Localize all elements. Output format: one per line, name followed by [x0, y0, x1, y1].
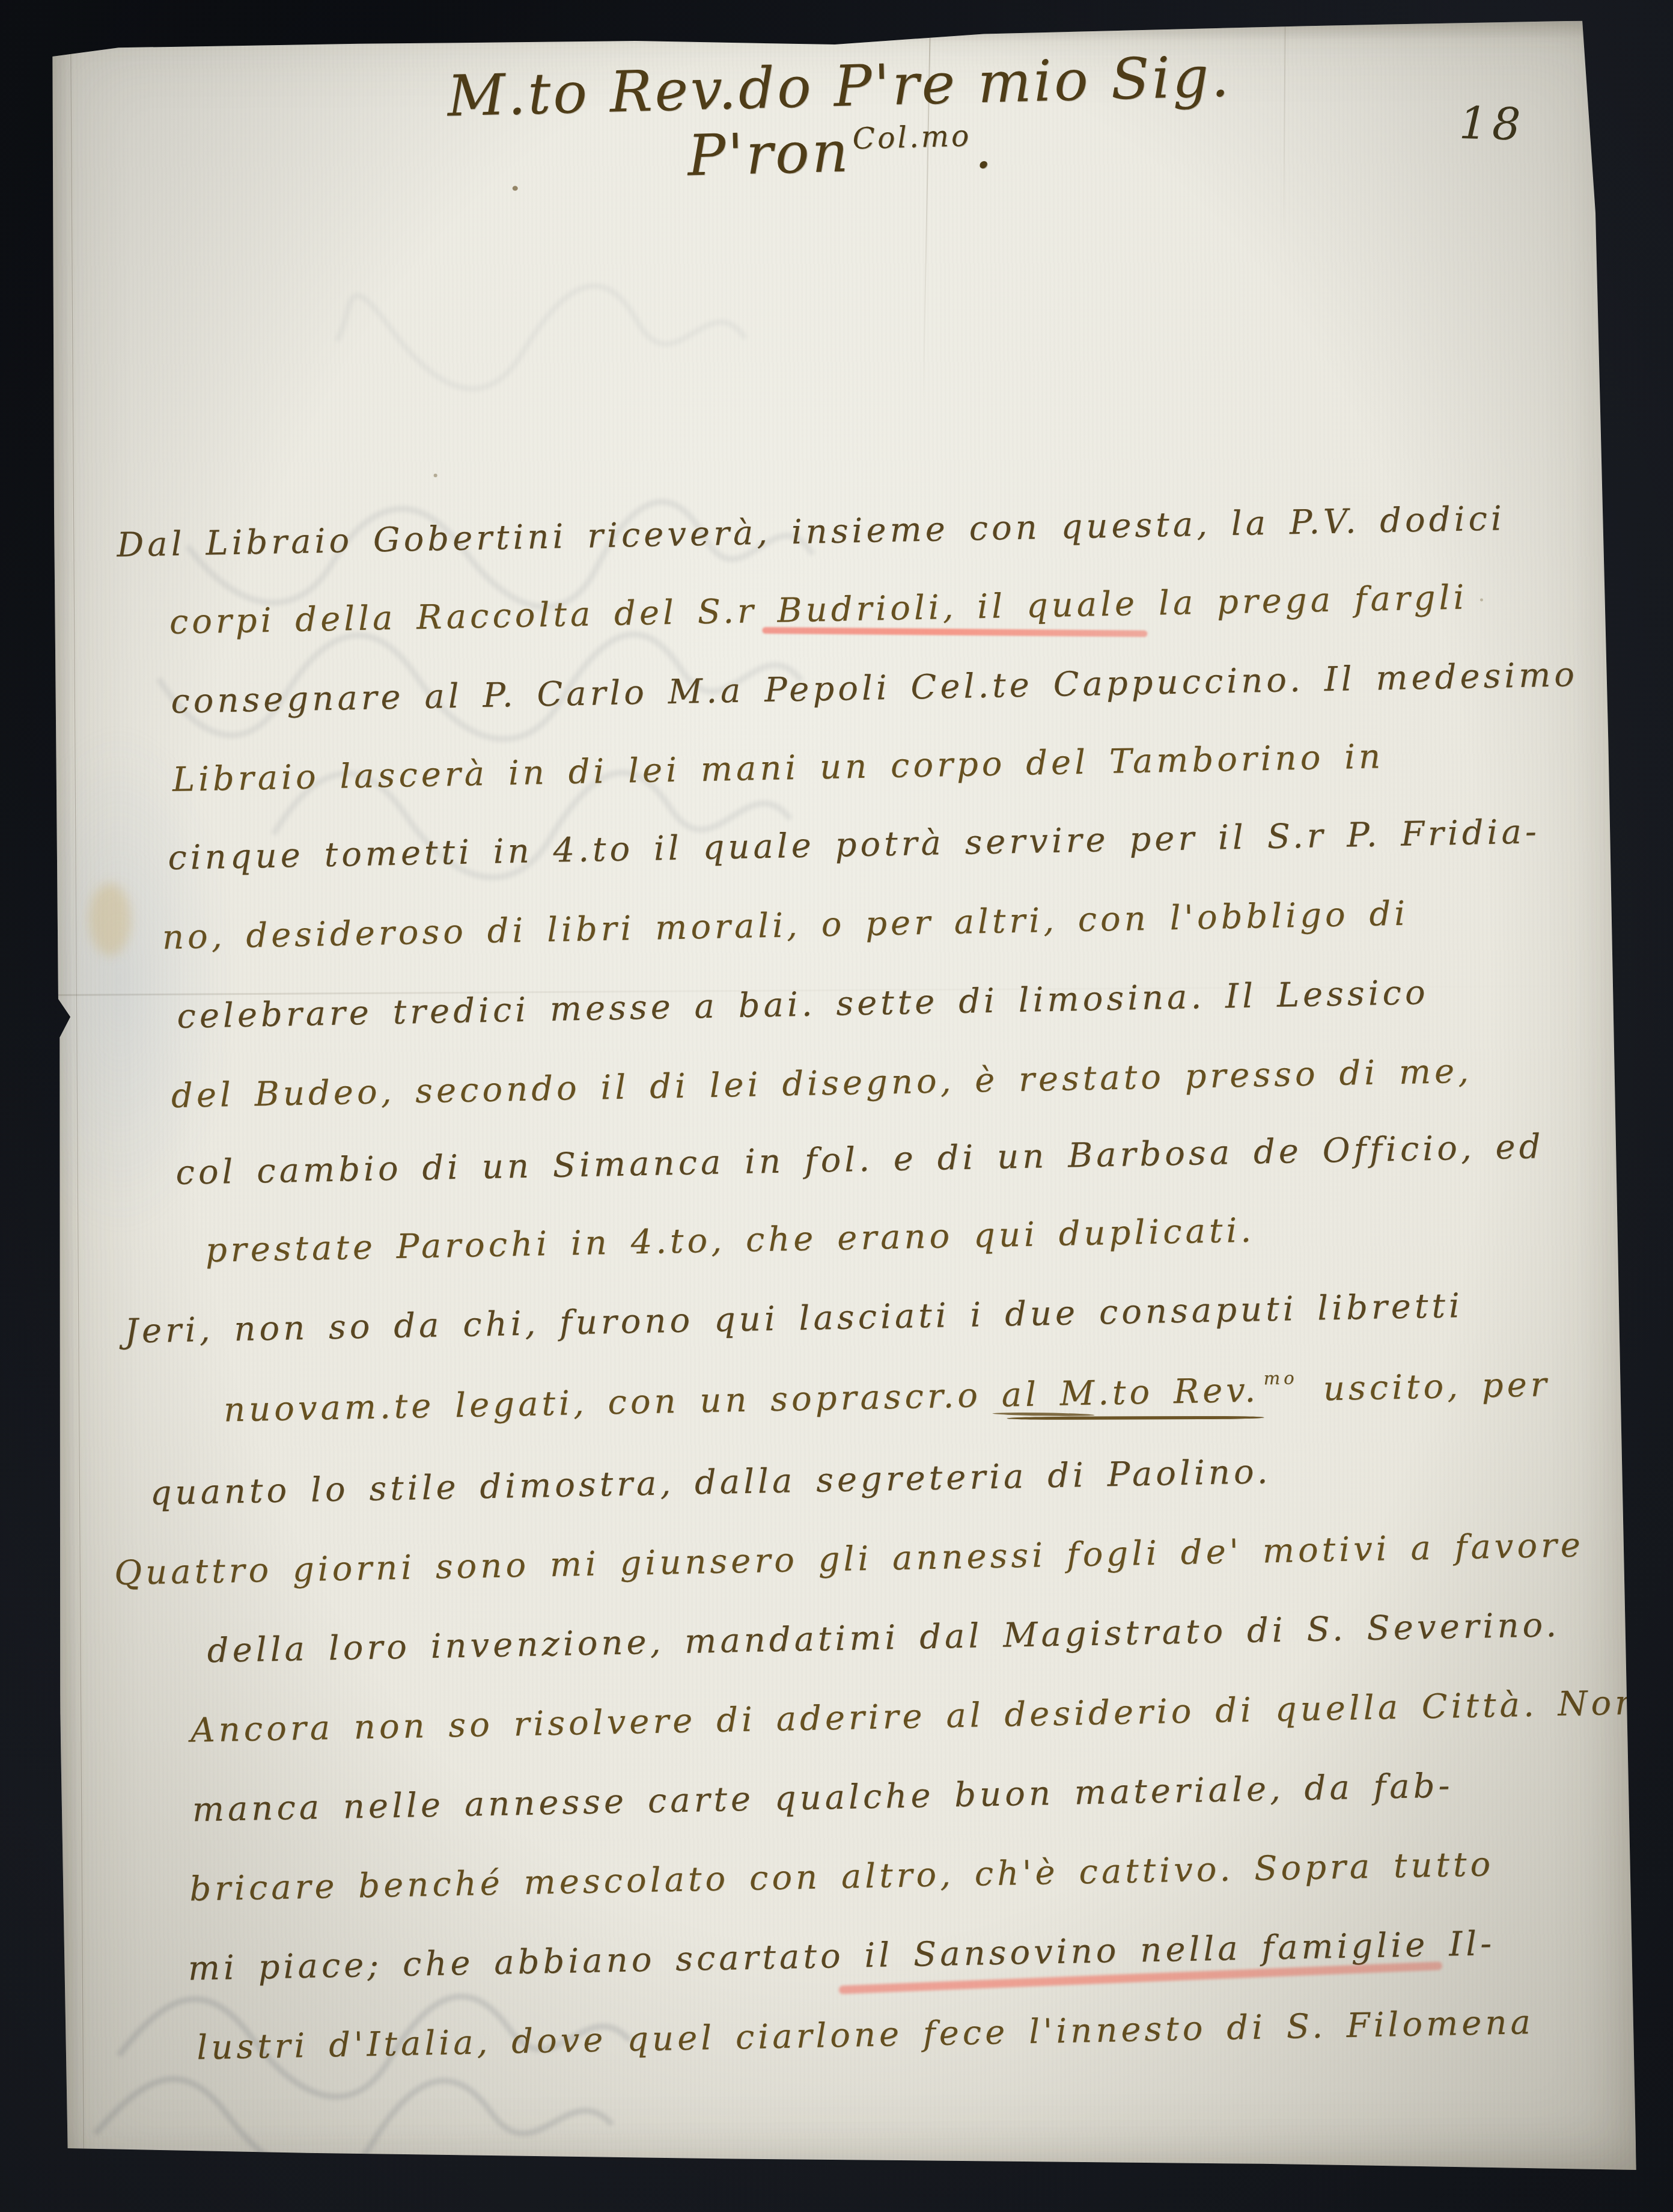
text-segment: Jeri, non so da chi, furono qui lasciati…	[124, 1286, 1463, 1351]
letter-line: quanto lo stile dimostra, dalla segreter…	[150, 1455, 1272, 1511]
text-segment: Quattro giorni sono mi giunsero gli anne…	[114, 1526, 1585, 1593]
letter-line: della loro invenzione, mandatimi dal Mag…	[207, 1609, 1560, 1668]
text-segment: la prega fargli	[1138, 578, 1468, 624]
letter-line: mi piace; che abbiano scartato il Sansov…	[187, 1927, 1495, 1986]
text-segment: manca nelle annesse carte qualche buon m…	[192, 1766, 1454, 1829]
text-segment: corpi della Raccolta del S.r	[169, 591, 778, 642]
letter-line: del Budeo, secondo il di lei disegno, è …	[171, 1055, 1472, 1114]
text-segment: mo	[1263, 1368, 1298, 1389]
letter-line: cinque tometti in 4.to il quale potrà se…	[168, 815, 1540, 875]
text-segment: col cambio di un Simanca in fol. e di un…	[175, 1127, 1544, 1193]
letter-line: Jeri, non so da chi, furono qui lasciati…	[124, 1289, 1463, 1349]
text-segment: nuovam.te legati, con un soprascr.o	[223, 1376, 1002, 1430]
text-segment: no, desideroso di libri morali, o per al…	[162, 894, 1409, 958]
text-segment: prestate Parochi in 4.to, che erano qui …	[205, 1211, 1255, 1271]
letter-body: Dal Libraio Gobertini riceverà, insieme …	[46, 20, 1636, 2180]
text-segment: Dal Libraio Gobertini riceverà, insieme …	[117, 499, 1506, 564]
annotated-text: Budrioli, il quale	[777, 584, 1139, 631]
letter-line: celebrare tredici messe a bai. sette di …	[177, 976, 1429, 1034]
letter-line: Quattro giorni sono mi giunsero gli anne…	[114, 1529, 1585, 1590]
text-segment: lustri d'Italia, dove quel ciarlone fece…	[197, 2003, 1535, 2068]
letter-line: col cambio di un Simanca in fol. e di un…	[175, 1130, 1544, 1190]
text-segment: Libraio lascerà in di lei mani un corpo …	[172, 737, 1384, 799]
text-segment: della loro invenzione, mandatimi dal Mag…	[207, 1606, 1560, 1670]
text-segment: cinque tometti in 4.to il quale potrà se…	[168, 812, 1541, 878]
letter-line: corpi della Raccolta del S.r Budrioli, i…	[169, 581, 1468, 640]
text-segment: consegnare al P. Carlo M.a Pepoli Cel.te…	[171, 655, 1579, 721]
annotated-text: il Sansovino nella famiglie	[864, 1925, 1429, 1975]
photo-of-letter: { "document": { "type_label": "handwritt…	[0, 0, 1673, 2212]
text-segment: Il-	[1428, 1924, 1496, 1964]
text-segment: del Budeo, secondo il di lei disegno, è …	[171, 1052, 1472, 1116]
letter-line: no, desideroso di libri morali, o per al…	[162, 897, 1409, 955]
letter-line: lustri d'Italia, dove quel ciarlone fece…	[197, 2006, 1534, 2065]
annotated-text: al M.to Rev.	[1001, 1370, 1260, 1414]
letter-line: manca nelle annesse carte qualche buon m…	[192, 1769, 1454, 1827]
text-segment: celebrare tredici messe a bai. sette di …	[177, 973, 1429, 1036]
text-segment: mi piace; che abbiano scartato	[187, 1936, 865, 1988]
text-segment: Ancora non so risolvere di aderire al de…	[190, 1683, 1636, 1750]
text-segment: bricare benché mescolato con altro, ch'è…	[189, 1845, 1495, 1909]
letter-line: Ancora non so risolvere di aderire al de…	[190, 1686, 1636, 1747]
text-segment: uscito, per	[1302, 1365, 1550, 1409]
letter-line: nuovam.te legati, con un soprascr.o al M…	[224, 1368, 1551, 1427]
letter-line: bricare benché mescolato con altro, ch'è…	[189, 1848, 1495, 1907]
text-segment: quanto lo stile dimostra, dalla segreter…	[150, 1452, 1272, 1513]
letter-line: prestate Parochi in 4.to, che erano qui …	[205, 1214, 1255, 1268]
letter-page: M.to Rev.do P're mio Sig. P'ronCol.mo. 1…	[46, 20, 1636, 2180]
letter-line: Libraio lascerà in di lei mani un corpo …	[172, 740, 1384, 797]
letter-line: Dal Libraio Gobertini riceverà, insieme …	[117, 502, 1505, 562]
letter-line: consegnare al P. Carlo M.a Pepoli Cel.te…	[171, 658, 1579, 719]
